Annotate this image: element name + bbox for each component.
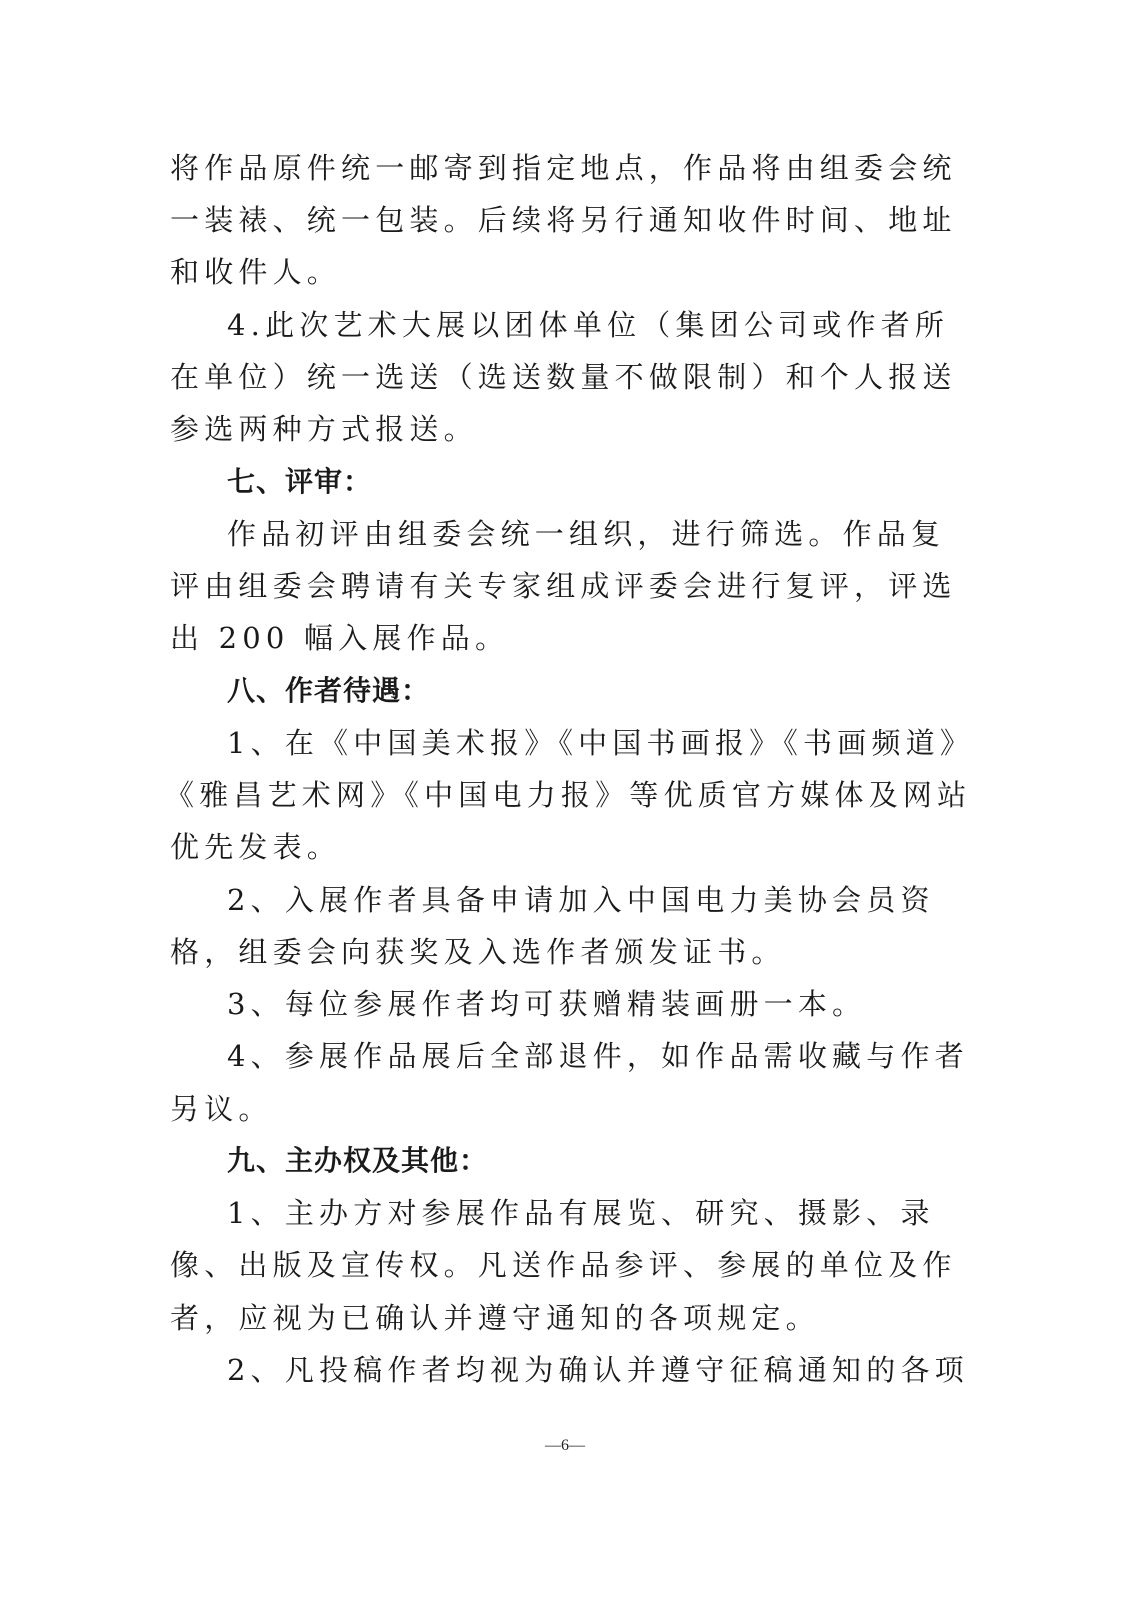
paragraph-line: 评由组委会聘请有关专家组成评委会进行复评，评选 <box>170 566 860 606</box>
paragraph-line: 一装裱、统一包装。后续将另行通知收件时间、地址 <box>170 200 860 240</box>
page-number: —6— <box>520 1434 610 1458</box>
document-page: 将作品原件统一邮寄到指定地点，作品将由组委会统 一装裱、统一包装。后续将另行通知… <box>0 0 1131 1600</box>
paragraph-line: 和收件人。 <box>170 252 860 292</box>
paragraph-line: 《雅昌艺术网》《中国电力报》等优质官方媒体及网站 <box>165 775 855 815</box>
paragraph-line: 4、参展作品展后全部退件，如作品需收藏与作者 <box>227 1036 860 1076</box>
paragraph-line: 1、在《中国美术报》《中国书画报》《书画频道》 <box>227 723 860 763</box>
section-heading-review: 七、评审： <box>227 462 860 502</box>
paragraph-line: 格，组委会向获奖及入选作者颁发证书。 <box>170 932 860 972</box>
paragraph-line: 优先发表。 <box>170 827 860 867</box>
paragraph-line: 1、主办方对参展作品有展览、研究、摄影、录 <box>227 1193 860 1233</box>
paragraph-line: 将作品原件统一邮寄到指定地点，作品将由组委会统 <box>170 148 860 188</box>
paragraph-line: 作品初评由组委会统一组织，进行筛选。作品复 <box>227 514 860 554</box>
paragraph-line: 参选两种方式报送。 <box>170 409 860 449</box>
paragraph-line: 2、凡投稿作者均视为确认并遵守征稿通知的各项 <box>227 1350 860 1390</box>
paragraph-line: 出 200 幅入展作品。 <box>170 618 860 658</box>
paragraph-line: 在单位）统一选送（选送数量不做限制）和个人报送 <box>170 357 860 397</box>
paragraph-line: 3、每位参展作者均可获赠精装画册一本。 <box>227 984 860 1024</box>
paragraph-line: 者，应视为已确认并遵守通知的各项规定。 <box>170 1298 860 1338</box>
paragraph-line: 2、入展作者具备申请加入中国电力美协会员资 <box>227 880 860 920</box>
section-heading-author-benefits: 八、作者待遇： <box>227 671 860 711</box>
paragraph-line: 另议。 <box>170 1089 860 1129</box>
section-heading-rights: 九、主办权及其他： <box>227 1141 860 1181</box>
paragraph-line: 像、出版及宣传权。凡送作品参评、参展的单位及作 <box>170 1245 860 1285</box>
paragraph-line: 4.此次艺术大展以团体单位（集团公司或作者所 <box>227 305 860 345</box>
